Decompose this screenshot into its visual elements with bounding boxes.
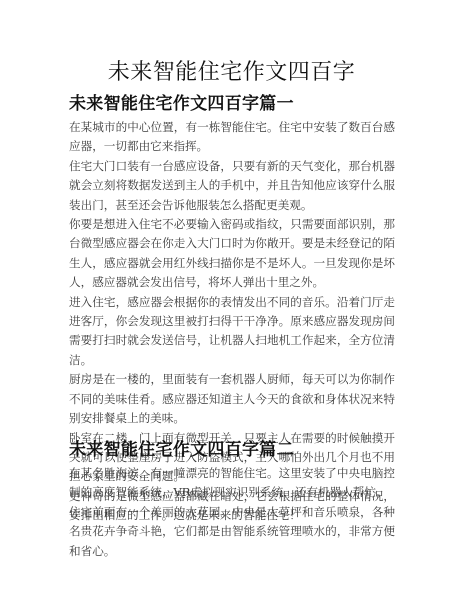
paragraph: 住宅大门口装有一台感应设备，只要有新的天气变化，那台机器就会立刻将数据发送到主人… (69, 157, 395, 215)
paragraph: 进入住宅，感应器会根据你的表情发出不同的音乐。沿着门厅走进客厅，你会发现这里被打… (69, 293, 395, 371)
section-1-heading: 未来智能住宅作文四百字篇一 (69, 89, 395, 114)
paragraph: 你要是想进入住宅不必要输入密码或指纹，只需要面部识别，那台微型感应器会在你走入大… (69, 215, 395, 293)
paragraph: 住宅前面有一个美丽的大花园。中央是大草坪和音乐喷泉，各种名贵花卉争奇斗艳，它们都… (69, 503, 395, 561)
section-2: 未来智能住宅作文四百字篇二 在某名胜海滨，有一幢漂亮的智能住宅。这里安装了中央电… (69, 435, 395, 561)
paragraph: 在某城市的中心位置，有一栋智能住宅。住宅中安装了数百台感应器，一切都由它来指挥。 (69, 118, 395, 157)
paragraph: 在某名胜海滨，有一幢漂亮的智能住宅。这里安装了中央电脑控制的高度智能系统，VR虚… (69, 464, 395, 503)
document-page: 未来智能住宅作文四百字 未来智能住宅作文四百字篇一 在某城市的中心位置，有一栋智… (0, 0, 463, 600)
paragraph: 厨房是在一楼的，里面装有一套机器人厨师，每天可以为你制作不同的美味佳肴。感应器还… (69, 370, 395, 428)
section-2-heading: 未来智能住宅作文四百字篇二 (69, 435, 395, 460)
document-title: 未来智能住宅作文四百字 (0, 55, 463, 86)
